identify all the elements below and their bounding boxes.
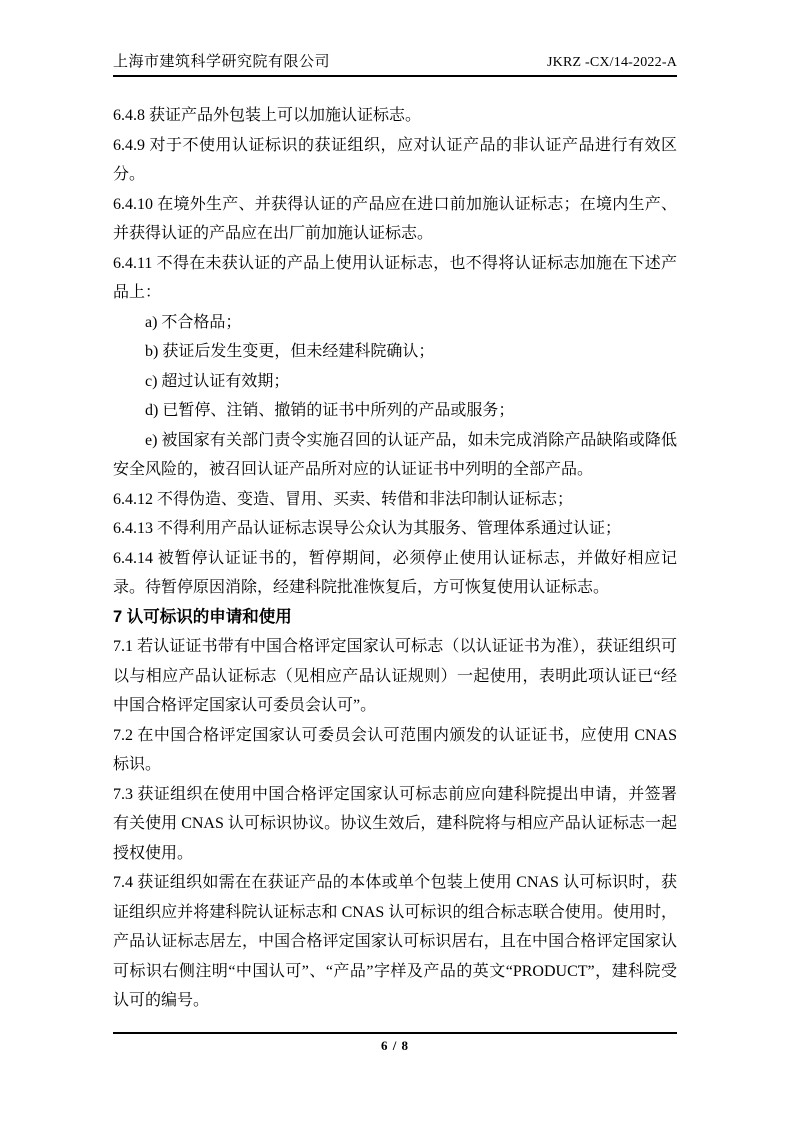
document-body: 6.4.8 获证产品外包装上可以加施认证标志。6.4.9 对于不使用认证标识的获…: [113, 101, 677, 1016]
paragraph: 7.1 若认证证书带有中国合格评定国家认可标志（以认证证书为准），获证组织可以与…: [113, 632, 677, 721]
paragraph: e) 被国家有关部门责令实施召回的认证产品，如未完成消除产品缺陷或降低安全风险的…: [113, 426, 677, 485]
company-name: 上海市建筑科学研究院有限公司: [113, 50, 330, 71]
paragraph: d) 已暂停、注销、撤销的证书中所列的产品或服务；: [113, 396, 677, 426]
paragraph: b) 获证后发生变更，但未经建科院确认；: [113, 337, 677, 367]
paragraph: c) 超过认证有效期；: [113, 367, 677, 397]
paragraph: 7.3 获证组织在使用中国合格评定国家认可标志前应向建科院提出申请，并签署有关使…: [113, 780, 677, 869]
paragraph: 6.4.11 不得在未获认证的产品上使用认证标志，也不得将认证标志加施在下述产品…: [113, 249, 677, 308]
paragraph: 6.4.13 不得利用产品认证标志误导公众认为其服务、管理体系通过认证；: [113, 514, 677, 544]
paragraph: 7.4 获证组织如需在在获证产品的本体或单个包装上使用 CNAS 认可标识时，获…: [113, 868, 677, 1016]
paragraph: 6.4.10 在境外生产、并获得认证的产品应在进口前加施认证标志；在境内生产、并…: [113, 190, 677, 249]
paragraph: 6.4.9 对于不使用认证标识的获证组织，应对认证产品的非认证产品进行有效区分。: [113, 131, 677, 190]
paragraph: 6.4.12 不得伪造、变造、冒用、买卖、转借和非法印制认证标志；: [113, 485, 677, 515]
paragraph: 7.2 在中国合格评定国家认可委员会认可范围内颁发的认证证书，应使用 CNAS …: [113, 721, 677, 780]
paragraph: 6.4.8 获证产品外包装上可以加施认证标志。: [113, 101, 677, 131]
page-header: 上海市建筑科学研究院有限公司 JKRZ -CX/14-2022-A: [113, 50, 677, 77]
paragraph: 6.4.14 被暂停认证证书的，暂停期间，必须停止使用认证标志，并做好相应记录。…: [113, 544, 677, 603]
paragraph: a) 不合格品；: [113, 308, 677, 338]
section-heading: 7 认可标识的申请和使用: [113, 603, 677, 633]
document-code: JKRZ -CX/14-2022-A: [547, 55, 677, 71]
page-footer: 6 / 8: [113, 1032, 677, 1055]
page-number: 6 / 8: [381, 1038, 409, 1053]
document-page: 上海市建筑科学研究院有限公司 JKRZ -CX/14-2022-A 6.4.8 …: [0, 0, 794, 1123]
